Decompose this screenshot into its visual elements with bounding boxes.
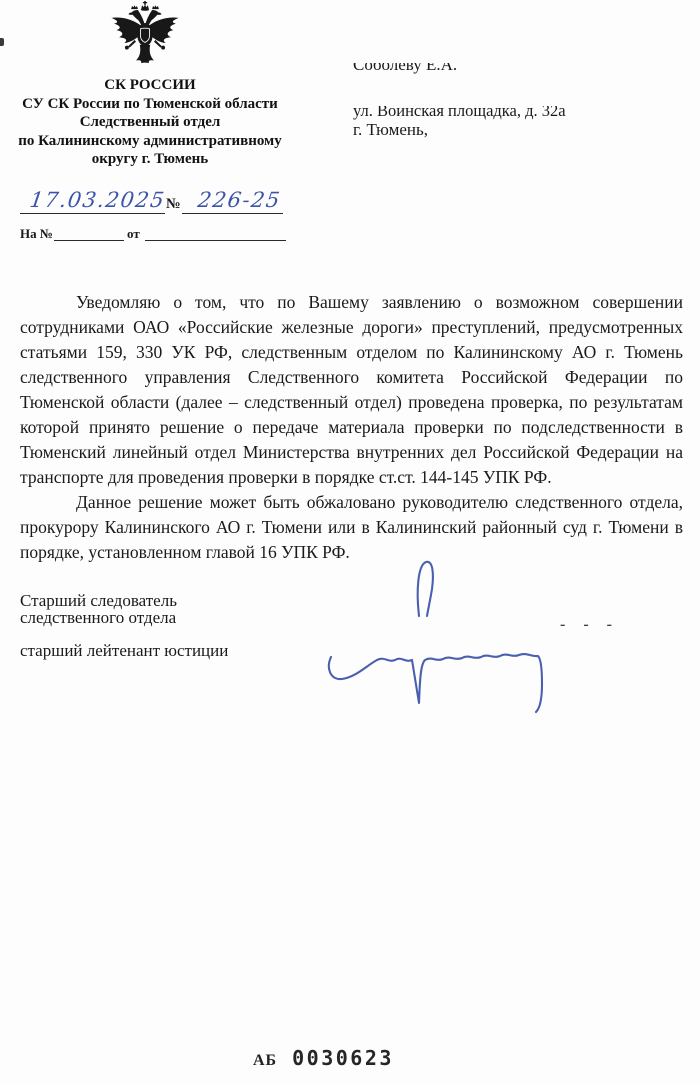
body-paragraph-1: Уведомляю о том, что по Вашему заявлению… [20,290,683,490]
letterhead: СК РОССИИ СУ СК России по Тюменской обла… [0,76,300,169]
reply-to-label: На № [20,226,53,242]
signer-position: Старший следователь следственного отдела [20,592,177,626]
org-line-3: Следственный отдел [0,113,300,132]
stamp-series: АБ [253,1052,277,1070]
signer-rank: старший лейтенант юстиции [20,641,228,661]
recipient-address: ул. Воинская площадка, д. 32а [353,106,566,121]
org-line-4: по Калининскому административному [0,132,300,151]
scanned-letter-page: СК РОССИИ СУ СК России по Тюменской обла… [0,0,700,1083]
recipient-city: г. Тюмень, [353,120,428,140]
letter-body: Уведомляю о том, что по Вашему заявлению… [20,290,683,565]
reply-date-underline [145,227,286,241]
coat-of-arms-icon [106,1,184,67]
pen-dashes: - - - [560,616,619,634]
org-line-1: СК РОССИИ [0,76,300,95]
signer-position-line-2: следственного отдела [20,609,177,626]
reply-from-label: от [127,226,140,242]
recipient-name: Соболеву Е.А. [353,63,457,75]
org-line-5: округу г. Тюмень [0,150,300,169]
reply-number-underline [54,227,124,241]
body-paragraph-2: Данное решение может быть обжаловано рук… [20,490,683,565]
org-line-2: СУ СК России по Тюменской области [0,95,300,114]
signer-position-line-1: Старший следователь [20,592,177,609]
scan-artifact [0,38,4,46]
stamp-number: 0030623 [292,1046,394,1070]
handwritten-signature [322,556,570,720]
form-stamp: АБ 0030623 [253,1046,394,1070]
number-underline [182,195,283,214]
date-underline [20,195,165,214]
number-sign: № [166,196,181,213]
